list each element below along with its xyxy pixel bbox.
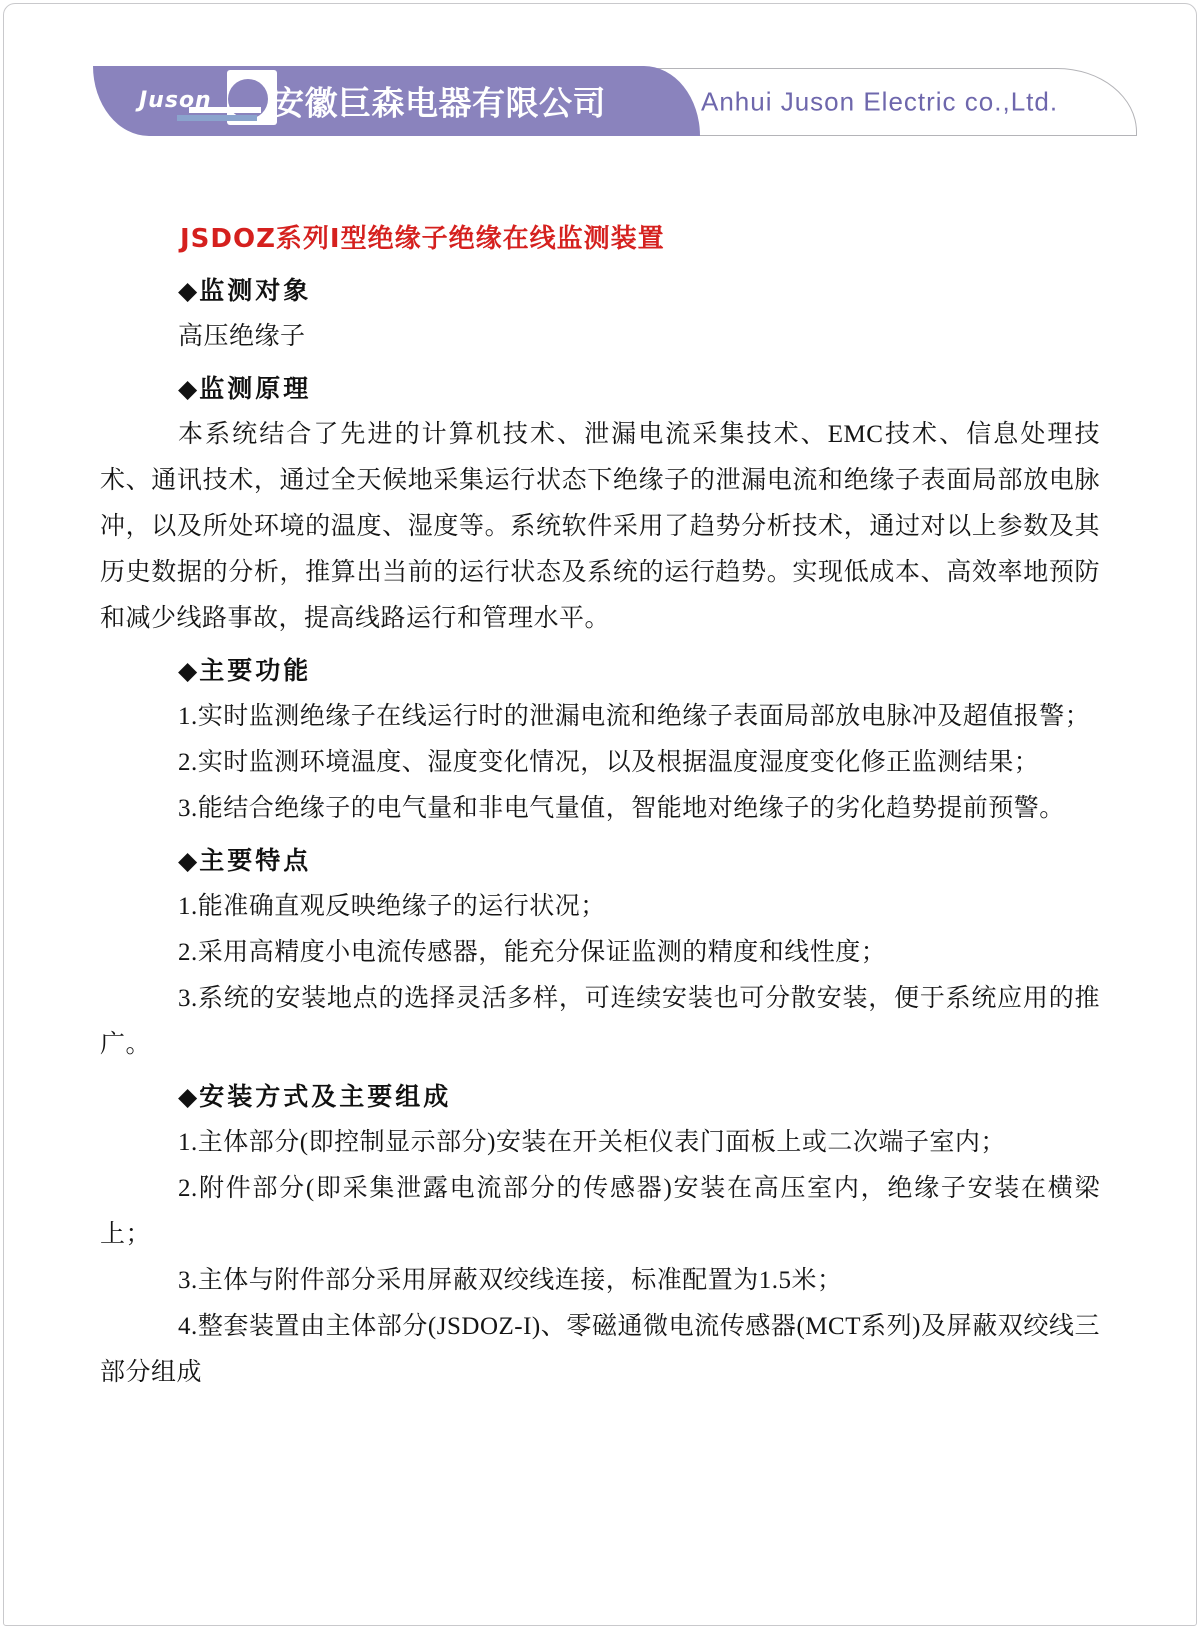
list-item: 2.实时监测环境温度、湿度变化情况，以及根据温度湿度变化修正监测结果；	[100, 740, 1100, 786]
section-heading-monitoring-principle: ◆监测原理	[178, 366, 1100, 412]
section-heading-label: 主要特点	[199, 846, 311, 875]
section-heading-label: 安装方式及主要组成	[199, 1082, 451, 1111]
paragraph-monitoring-principle: 本系统结合了先进的计算机技术、泄漏电流采集技术、EMC技术、信息处理技术、通讯技…	[100, 412, 1100, 642]
list-item: 2.附件部分(即采集泄露电流部分的传感器)安装在高压室内，绝缘子安装在横梁上；	[100, 1166, 1100, 1258]
list-item: 3.主体与附件部分采用屏蔽双绞线连接，标准配置为1.5米；	[100, 1258, 1100, 1304]
juson-logo-icon	[227, 70, 277, 125]
company-name-cn: 安徽巨森电器有限公司	[271, 78, 606, 125]
section-heading-label: 监测原理	[199, 374, 311, 403]
diamond-bullet-icon: ◆	[178, 656, 197, 685]
paragraph-monitoring-object: 高压绝缘子	[100, 314, 1100, 360]
list-item: 1.能准确直观反映绝缘子的运行状况；	[100, 884, 1100, 930]
list-item: 4.整套装置由主体部分(JSDOZ-I)、零磁通微电流传感器(MCT系列)及屏蔽…	[100, 1304, 1100, 1396]
diamond-bullet-icon: ◆	[178, 846, 197, 875]
logo-stripe-blue	[177, 115, 257, 121]
document-title: JSDOZ系列I型绝缘子绝缘在线监测装置	[180, 216, 1100, 262]
diamond-bullet-icon: ◆	[178, 374, 197, 403]
diamond-bullet-icon: ◆	[178, 1082, 197, 1111]
list-item: 2.采用高精度小电流传感器，能充分保证监测的精度和线性度；	[100, 930, 1100, 976]
section-heading-label: 主要功能	[199, 656, 311, 685]
section-heading-label: 监测对象	[199, 276, 311, 305]
list-item: 3.能结合绝缘子的电气量和非电气量值，智能地对绝缘子的劣化趋势提前预警。	[100, 786, 1100, 832]
section-heading-installation: ◆安装方式及主要组成	[178, 1074, 1100, 1120]
header-ribbon-chinese: Juson 安徽巨森电器有限公司	[93, 66, 700, 136]
diamond-bullet-icon: ◆	[178, 276, 197, 305]
section-heading-monitoring-object: ◆监测对象	[178, 268, 1100, 314]
section-heading-main-functions: ◆主要功能	[178, 648, 1100, 694]
logo-stripe-white	[189, 107, 261, 113]
section-heading-main-features: ◆主要特点	[178, 838, 1100, 884]
list-item: 1.主体部分(即控制显示部分)安装在开关柜仪表门面板上或二次端子室内；	[100, 1120, 1100, 1166]
document-body: JSDOZ系列I型绝缘子绝缘在线监测装置 ◆监测对象 高压绝缘子 ◆监测原理 本…	[0, 140, 1200, 1396]
header-banner: Anhui Juson Electric co.,Ltd. Juson 安徽巨森…	[0, 0, 1200, 140]
logo-circle-shape	[228, 79, 268, 119]
list-item: 3.系统的安装地点的选择灵活多样，可连续安装也可分散安装，便于系统应用的推广。	[100, 976, 1100, 1068]
list-item: 1.实时监测绝缘子在线运行时的泄漏电流和绝缘子表面局部放电脉冲及超值报警；	[100, 694, 1100, 740]
company-name-en: Anhui Juson Electric co.,Ltd.	[701, 87, 1058, 118]
